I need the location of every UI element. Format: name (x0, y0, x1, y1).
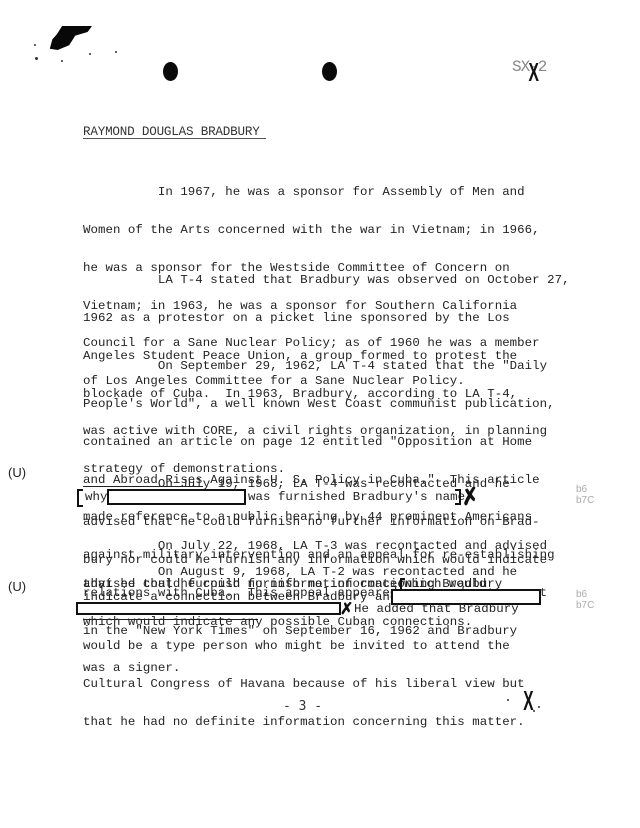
exemption-code: b6 b7C (576, 484, 594, 506)
speck (115, 51, 117, 53)
para4-line4-suffix: was furnished Bradbury's name. (248, 491, 473, 504)
speck (533, 710, 535, 712)
exemption-code: b6 b7C (576, 589, 594, 611)
speck (538, 706, 540, 708)
classification-mark: (U) (8, 579, 26, 594)
paragraph-6-rest: would be a type person who might be invi… (83, 615, 525, 754)
para4-line4-prefix: why (85, 491, 107, 504)
speck (89, 53, 91, 55)
x-mark: X (528, 57, 538, 88)
speck (34, 44, 36, 46)
punch-hole-left (163, 62, 178, 81)
document-page: SX-2 X RAYMOND DOUGLAS BRADBURY In 1967,… (0, 0, 640, 828)
redaction-box (76, 602, 341, 615)
paragraph-6-line4: He added that Bradbury (354, 603, 519, 616)
title-underline (83, 138, 266, 139)
strikethrough-line (83, 486, 203, 487)
page-number: - 3 - (283, 699, 322, 714)
subject-title: RAYMOND DOUGLAS BRADBURY (83, 126, 260, 139)
redaction-bracket-open (77, 489, 83, 507)
speck (35, 57, 38, 60)
ink-stain (48, 26, 92, 50)
paragraph-6-line2a: advised that he could furnish no informa… (83, 578, 412, 591)
x-mark: X (523, 685, 533, 717)
redaction-box (107, 489, 246, 505)
classification-mark: (U) (8, 465, 26, 480)
punch-hole-right (322, 62, 337, 81)
speck (507, 699, 509, 701)
speck (61, 60, 63, 62)
